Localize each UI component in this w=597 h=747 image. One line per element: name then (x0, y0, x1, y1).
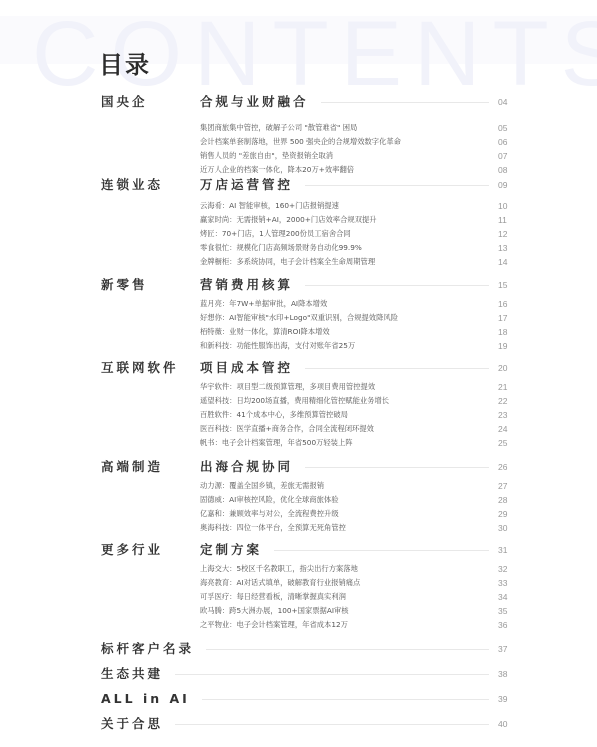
section-heading[interactable]: 合规与业财融合 (200, 92, 319, 112)
toc-item-text: 固德威：AI审核控风险，优化全球商旅体验 (200, 493, 339, 507)
page-number: 09 (498, 175, 507, 195)
page-number: 17 (498, 311, 507, 325)
toc-item[interactable]: 可孚医疗：每日经营看板，清晰掌握真实利润34 (0, 590, 597, 604)
toc-item-text: 零食很忙：规模化门店高频场景财务自动化99.9% (200, 241, 362, 255)
leader-line (305, 467, 489, 468)
page-number: 29 (498, 507, 507, 521)
page-number: 34 (498, 590, 507, 604)
toc-item-text: 百胜软件：41个成本中心，多维预算管控破局 (200, 408, 348, 422)
toc-item[interactable]: 遥望科技：日均200场直播，费用精细化管控赋能业务增长22 (0, 394, 597, 408)
leader-line (305, 285, 489, 286)
page-number: 23 (498, 408, 507, 422)
toc-item-text: 会计档案单套制落地，世界 500 强央企的合规增效数字化革命 (200, 135, 401, 149)
toc-item-text: 欧马腾：跨5大洲办展，100+国家票据AI审核 (200, 604, 349, 618)
page-number: 12 (498, 227, 507, 241)
page-number: 27 (498, 479, 507, 493)
page-number: 13 (498, 241, 507, 255)
toc-extra-row[interactable]: 标杆客户名录37 (0, 639, 597, 659)
toc-item[interactable]: 栢特薇：业财一体化，算清ROI降本增效18 (0, 325, 597, 339)
toc-item-text: 帆书：电子会计档案管理，年省500万轻装上阵 (200, 436, 353, 450)
leader-line (305, 368, 489, 369)
page-number: 25 (498, 436, 507, 450)
page-number: 18 (498, 325, 507, 339)
toc-section-row[interactable]: 更多行业定制方案31 (0, 540, 597, 560)
toc-item[interactable]: 固德威：AI审核控风险，优化全球商旅体验28 (0, 493, 597, 507)
toc-item[interactable]: 会计档案单套制落地，世界 500 强央企的合规增效数字化革命06 (0, 135, 597, 149)
section-heading[interactable]: 营销费用核算 (200, 275, 303, 295)
toc-section-row[interactable]: 新零售营销费用核算15 (0, 275, 597, 295)
toc-item[interactable]: 海亮教育：AI对话式填单，破解教育行业报销痛点33 (0, 576, 597, 590)
toc-item-text: 之平物业：电子会计档案管理，年省成本12万 (200, 618, 348, 632)
toc-item[interactable]: 欧马腾：跨5大洲办展，100+国家票据AI审核35 (0, 604, 597, 618)
toc-item[interactable]: 销售人员的 "差旅自由"，垫资报销全取消07 (0, 149, 597, 163)
page-title: 目录 (99, 45, 151, 80)
toc-item-text: 和新科技：功能性服饰出海，支付对账年省25万 (200, 339, 355, 353)
page-number: 05 (498, 121, 507, 135)
page-number: 26 (498, 457, 507, 477)
leader-line (175, 724, 489, 725)
section-heading[interactable]: 万店运营管控 (200, 175, 303, 195)
toc-item-text: 好想你：AI智能审核"水印+Logo"双重识别，合规提效降风险 (200, 311, 398, 325)
page-number: 30 (498, 521, 507, 535)
leader-line (321, 102, 489, 103)
toc-item-text: 医百科技：医学直播+商务合作，合同全流程闭环提效 (200, 422, 374, 436)
toc-item-text: 奥海科技：四位一体平台，全预算无死角管控 (200, 521, 346, 535)
page-number: 11 (498, 213, 507, 227)
toc-item[interactable]: 赢家时尚：无需报销+AI，2000+门店效率合规双提升11 (0, 213, 597, 227)
page-number: 16 (498, 297, 507, 311)
page-number: 38 (498, 664, 507, 684)
toc-item[interactable]: 奥海科技：四位一体平台，全预算无死角管控30 (0, 521, 597, 535)
toc-extra-row[interactable]: ALL in AI39 (0, 689, 597, 709)
page-number: 32 (498, 562, 507, 576)
toc-item[interactable]: 好想你：AI智能审核"水印+Logo"双重识别，合规提效降风险17 (0, 311, 597, 325)
page-number: 37 (498, 639, 507, 659)
category-label: 高端制造 (101, 457, 163, 477)
page-number: 04 (498, 92, 507, 112)
toc-item[interactable]: 帆书：电子会计档案管理，年省500万轻装上阵25 (0, 436, 597, 450)
category-label: 更多行业 (101, 540, 163, 560)
toc-item-text: 蓝月亮：年7W+单据审批，AI降本增效 (200, 297, 327, 311)
section-heading[interactable]: 定制方案 (200, 540, 272, 560)
toc-item[interactable]: 云海肴：AI 智能审核，160+门店报销提速10 (0, 199, 597, 213)
section-heading[interactable]: 项目成本管控 (200, 358, 303, 378)
page-number: 24 (498, 422, 507, 436)
toc-item-text: 遥望科技：日均200场直播，费用精细化管控赋能业务增长 (200, 394, 389, 408)
toc-item-text: 上海交大：5校区千名教职工，指尖出行方案落地 (200, 562, 358, 576)
leader-line (202, 699, 489, 700)
toc-item[interactable]: 亿嘉和：兼顾效率与对公，全流程费控升级29 (0, 507, 597, 521)
toc-section-row[interactable]: 高端制造出海合规协同26 (0, 457, 597, 477)
toc-item-text: 销售人员的 "差旅自由"，垫资报销全取消 (200, 149, 333, 163)
toc-item-text: 华宇软件：项目型二级预算管理，多项目费用管控提效 (200, 380, 375, 394)
page-number: 14 (498, 255, 507, 269)
category-label: 新零售 (101, 275, 148, 295)
toc-extra-row[interactable]: 生态共建38 (0, 664, 597, 684)
page-number: 35 (498, 604, 507, 618)
page-number: 15 (498, 275, 507, 295)
extra-heading[interactable]: ALL in AI (101, 689, 200, 709)
page-number: 33 (498, 576, 507, 590)
toc-item-text: 可孚医疗：每日经营看板，清晰掌握真实利润 (200, 590, 346, 604)
page-number: 31 (498, 540, 507, 560)
page-number: 28 (498, 493, 507, 507)
page-number: 22 (498, 394, 507, 408)
toc-item-text: 金牌橱柜：多系统协同，电子会计档案全生命周期管理 (200, 255, 375, 269)
extra-heading[interactable]: 关于合思 (101, 714, 173, 734)
page-number: 40 (498, 714, 507, 734)
leader-line (175, 674, 489, 675)
page-number: 39 (498, 689, 507, 709)
category-label: 互联网软件 (101, 358, 179, 378)
leader-line (305, 185, 489, 186)
toc-item[interactable]: 百胜软件：41个成本中心，多维预算管控破局23 (0, 408, 597, 422)
toc-item[interactable]: 华宇软件：项目型二级预算管理，多项目费用管控提效21 (0, 380, 597, 394)
toc-item[interactable]: 烤匠：70+门店，1人管理200份员工宿舍合同12 (0, 227, 597, 241)
page-number: 36 (498, 618, 507, 632)
toc-item[interactable]: 零食很忙：规模化门店高频场景财务自动化99.9%13 (0, 241, 597, 255)
leader-line (274, 550, 489, 551)
toc-section-row[interactable]: 国央企合规与业财融合04 (0, 92, 597, 112)
toc-item-text: 海亮教育：AI对话式填单，破解教育行业报销痛点 (200, 576, 360, 590)
toc-item[interactable]: 医百科技：医学直播+商务合作，合同全流程闭环提效24 (0, 422, 597, 436)
toc-item-text: 云海肴：AI 智能审核，160+门店报销提速 (200, 199, 339, 213)
page-number: 06 (498, 135, 507, 149)
toc-item[interactable]: 和新科技：功能性服饰出海，支付对账年省25万19 (0, 339, 597, 353)
toc-section-row[interactable]: 连锁业态万店运营管控09 (0, 175, 597, 195)
toc-item-text: 烤匠：70+门店，1人管理200份员工宿舍合同 (200, 227, 351, 241)
toc-extra-row[interactable]: 关于合思40 (0, 714, 597, 734)
page-number: 19 (498, 339, 507, 353)
toc-item-text: 栢特薇：业财一体化，算清ROI降本增效 (200, 325, 330, 339)
toc-item-text: 赢家时尚：无需报销+AI，2000+门店效率合规双提升 (200, 213, 377, 227)
toc-item[interactable]: 动力源：覆盖全国乡镇，差旅无需报销27 (0, 479, 597, 493)
page-number: 10 (498, 199, 507, 213)
toc-item[interactable]: 金牌橱柜：多系统协同，电子会计档案全生命周期管理14 (0, 255, 597, 269)
leader-line (206, 649, 489, 650)
extra-heading[interactable]: 标杆客户名录 (101, 639, 204, 659)
page-number: 20 (498, 358, 507, 378)
toc-item-text: 动力源：覆盖全国乡镇，差旅无需报销 (200, 479, 324, 493)
toc-item[interactable]: 上海交大：5校区千名教职工，指尖出行方案落地32 (0, 562, 597, 576)
toc-item[interactable]: 之平物业：电子会计档案管理，年省成本12万36 (0, 618, 597, 632)
page-number: 07 (498, 149, 507, 163)
toc-item-text: 集团商旅集中管控，破解子公司 "散管难省" 困局 (200, 121, 357, 135)
category-label: 国央企 (101, 92, 148, 112)
page-number: 21 (498, 380, 507, 394)
toc-section-row[interactable]: 互联网软件项目成本管控20 (0, 358, 597, 378)
toc-item[interactable]: 集团商旅集中管控，破解子公司 "散管难省" 困局05 (0, 121, 597, 135)
section-heading[interactable]: 出海合规协同 (200, 457, 303, 477)
category-label: 连锁业态 (101, 175, 163, 195)
extra-heading[interactable]: 生态共建 (101, 664, 173, 684)
toc-item-text: 亿嘉和：兼顾效率与对公，全流程费控升级 (200, 507, 339, 521)
toc-item[interactable]: 蓝月亮：年7W+单据审批，AI降本增效16 (0, 297, 597, 311)
